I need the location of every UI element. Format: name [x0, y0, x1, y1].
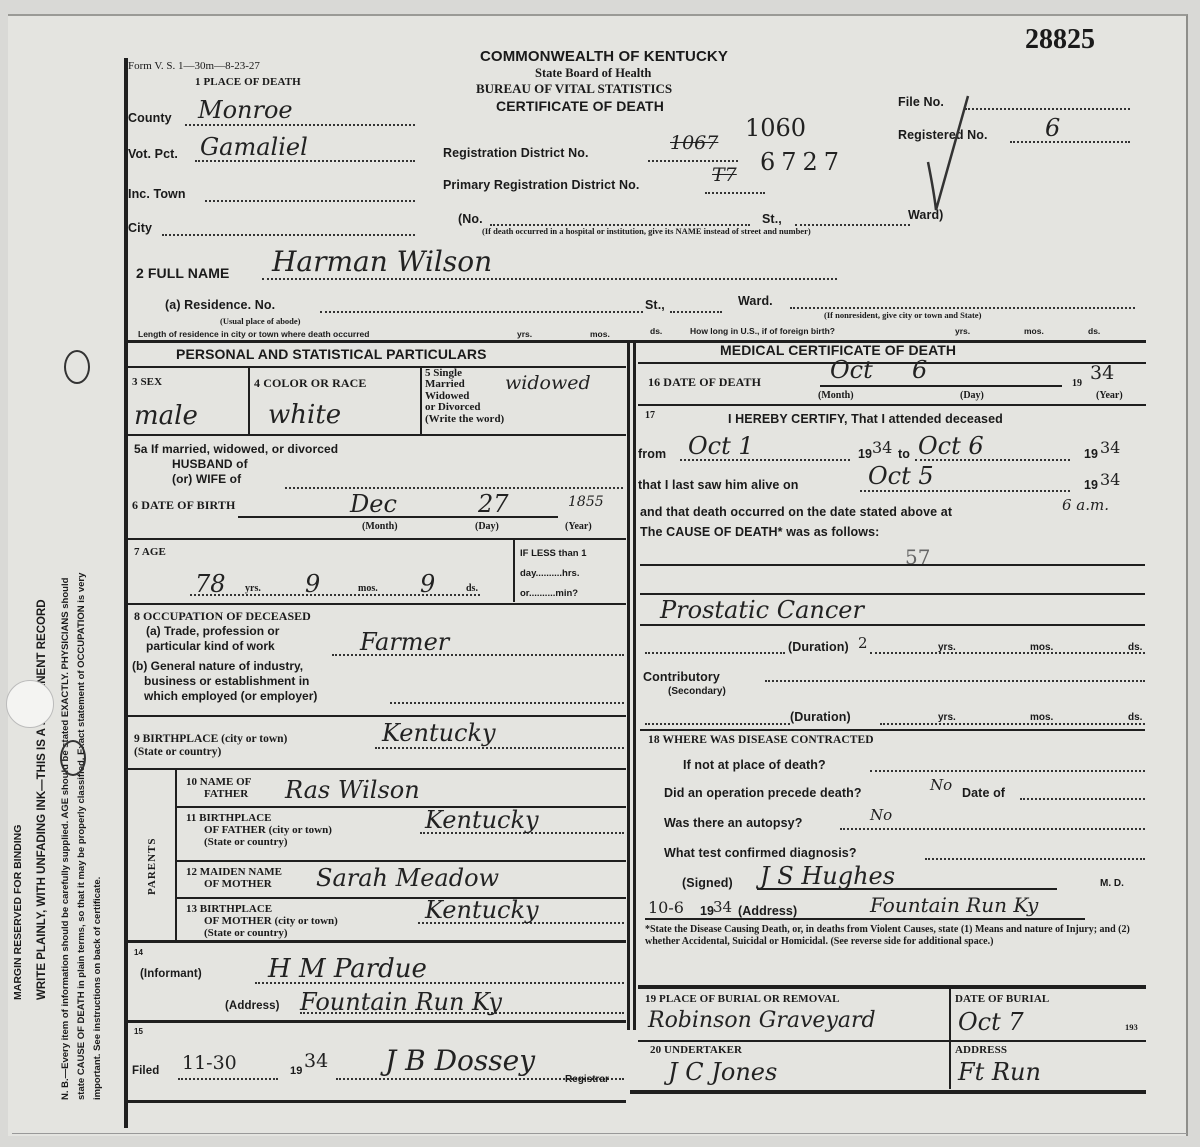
city-line: [162, 234, 415, 236]
last-saw-year-prefix: 19: [1084, 478, 1098, 492]
row-rule-3: [128, 603, 626, 605]
sign-date[interactable]: 10-6: [648, 898, 684, 917]
personal-section-title: PERSONAL AND STATISTICAL PARTICULARS: [176, 346, 487, 362]
to-label: to: [898, 447, 910, 461]
occurred-time[interactable]: 6 a.m.: [1062, 496, 1109, 514]
undertaker-value[interactable]: J C Jones: [668, 1058, 777, 1086]
hospital-note: (If death occurred in a hospital or inst…: [482, 226, 811, 236]
duration2-mos: mos.: [1030, 712, 1053, 723]
title-commonwealth: COMMONWEALTH OF KENTUCKY: [480, 48, 728, 65]
md-label: M. D.: [1100, 878, 1124, 889]
age-years[interactable]: 78: [195, 570, 226, 598]
age-ds-label: ds.: [466, 583, 478, 594]
usual-abode-note: (Usual place of abode): [220, 316, 301, 326]
margin-note-3: important. See instructions on back of c…: [92, 877, 103, 1100]
residence-label: (a) Residence. No.: [165, 298, 275, 312]
to-year[interactable]: 34: [1100, 438, 1120, 457]
operation-label: Did an operation precede death?: [664, 786, 862, 800]
undertaker-address-label: ADDRESS: [955, 1044, 1007, 1056]
registered-no-value[interactable]: 6: [1045, 114, 1060, 142]
item18-label: 18 WHERE WAS DISEASE CONTRACTED: [648, 734, 874, 746]
sign-address-value[interactable]: Fountain Run Ky: [870, 893, 1038, 917]
reg-district-struck-value: 1067: [670, 132, 718, 154]
informant-label: (Informant): [140, 968, 202, 980]
parents-divider: [175, 770, 177, 940]
row-rule-7: [128, 1020, 626, 1023]
spouse-line: [285, 487, 623, 489]
county-value[interactable]: Monroe: [198, 96, 293, 124]
occurred-label: and that death occurred on the date stat…: [640, 505, 952, 519]
foreign-mos: mos.: [1024, 326, 1044, 336]
father-birthplace-value[interactable]: Kentucky: [425, 806, 539, 834]
cause-line-2: [640, 593, 1145, 595]
medical-rule-3: [638, 985, 1146, 989]
burial-rule: [638, 1040, 1146, 1042]
ward-line: [795, 224, 910, 226]
length-yrs: yrs.: [517, 329, 532, 339]
county-label: County: [128, 111, 172, 125]
length-ds: ds.: [650, 326, 662, 336]
birthplace-line: [375, 747, 624, 749]
dod-month-caption: (Month): [818, 390, 854, 401]
cause-line-3: [640, 624, 1145, 626]
reg-district-value[interactable]: 1060: [745, 114, 806, 142]
binding-hole-ring-upper: [64, 350, 90, 384]
duration2-pre-line: [645, 723, 790, 725]
contributory-label: Contributory: [643, 670, 720, 684]
dob-day-caption: (Day): [475, 521, 499, 532]
less-than-label: IF LESS than 1 day..........hrs. or.....…: [520, 544, 587, 604]
divider-center-b: [633, 340, 636, 1030]
bottom-rule: [630, 1090, 1146, 1094]
residence-ward-value-line: [790, 307, 1135, 309]
duration-pre-line: [645, 652, 785, 654]
registrar-label: Registrar: [565, 1074, 609, 1085]
medical-title-rule: [638, 362, 1146, 364]
row-rule-1: [128, 434, 626, 436]
row-rule-8: [128, 1100, 626, 1103]
last-saw-year[interactable]: 34: [1100, 470, 1120, 489]
title-board: State Board of Health: [535, 66, 651, 81]
sex-label: 3 SEX: [132, 376, 162, 388]
county-line: [185, 124, 415, 126]
street-no-label: (No.: [458, 212, 483, 226]
primary-reg-label: Primary Registration District No.: [443, 178, 639, 192]
duration-value[interactable]: 2: [858, 634, 868, 652]
margin-note-permanent: WRITE PLAINLY, WITH UNFADING INK—THIS IS…: [36, 599, 48, 1000]
last-saw-line: [860, 490, 1070, 492]
frame-left: [124, 58, 128, 1128]
not-place-label: If not at place of death?: [683, 758, 826, 772]
inc-town-label: Inc. Town: [128, 187, 186, 201]
age-days[interactable]: 9: [420, 570, 435, 598]
cause-line-1: [640, 564, 1145, 566]
full-name-line: [262, 278, 837, 280]
dob-month[interactable]: Dec: [350, 490, 397, 518]
dod-label: 16 DATE OF DEATH: [648, 375, 761, 390]
filed-date-line: [178, 1078, 278, 1080]
last-saw-date[interactable]: Oct 5: [868, 462, 934, 490]
length-mos: mos.: [590, 329, 610, 339]
birthplace-label: 9 BIRTHPLACE (city or town) (State or co…: [134, 733, 287, 759]
paper-bottom-edge: [12, 1133, 1187, 1134]
cause-label: The CAUSE OF DEATH* was as follows:: [640, 525, 879, 539]
dod-year-prefix: 19: [1072, 378, 1082, 389]
sign-year[interactable]: 34: [713, 898, 732, 916]
date-of-line: [1020, 798, 1145, 800]
row-rule-2: [128, 538, 626, 540]
foreign-ds: ds.: [1088, 326, 1100, 336]
margin-note-binding: MARGIN RESERVED FOR BINDING: [12, 825, 24, 1000]
parents-rule-3: [177, 897, 626, 899]
age-yrs-label: yrs.: [245, 583, 261, 594]
row-rule-6: [128, 940, 626, 943]
dob-year-caption: (Year): [565, 521, 592, 532]
parents-rule-2: [177, 860, 626, 862]
test-line: [925, 858, 1145, 860]
date-of-label: Date of: [962, 786, 1005, 800]
operation-value[interactable]: No: [930, 776, 952, 794]
sign-year-prefix: 19: [700, 904, 714, 918]
row-rule-5: [128, 768, 626, 770]
to-year-prefix: 19: [1084, 447, 1098, 461]
race-label: 4 COLOR OR RACE: [254, 376, 367, 391]
sex-race-divider: [248, 366, 250, 434]
margin-note-1: N. B.—Every item of information should b…: [60, 578, 71, 1100]
title-bureau: BUREAU OF VITAL STATISTICS: [476, 81, 672, 97]
from-year-prefix: 19: [858, 447, 872, 461]
father-birthplace-label: 11 BIRTHPLACE OF FATHER (city or town) (…: [186, 812, 332, 848]
check-mark-icon: [920, 92, 980, 212]
informant-number: 14: [134, 948, 143, 957]
medical-rule-1: [638, 404, 1146, 406]
certify-text: I HEREBY CERTIFY, That I attended deceas…: [728, 412, 1003, 426]
burial-year-prefix: 193: [1125, 1022, 1138, 1032]
age-label: 7 AGE: [134, 546, 166, 558]
dob-month-caption: (Month): [362, 521, 398, 532]
burial-date-label: DATE OF BURIAL: [955, 993, 1049, 1005]
duration2-line: [880, 723, 1145, 725]
occupation-label: 8 OCCUPATION OF DECEASED (a) Trade, prof…: [134, 609, 311, 654]
form-id: Form V. S. 1—30m—8-23-27: [128, 60, 260, 72]
cause-footnote: *State the Disease Causing Death, or, in…: [645, 924, 1145, 947]
marital-value[interactable]: widowed: [505, 372, 591, 394]
autopsy-value[interactable]: No: [870, 806, 892, 824]
foreign-birth-label: How long in U.S., if of foreign birth?: [690, 326, 835, 336]
occupation-value[interactable]: Farmer: [360, 628, 449, 656]
divider-center-a: [627, 340, 630, 1030]
document-title: CERTIFICATE OF DEATH: [496, 98, 664, 114]
duration-label: (Duration): [788, 640, 849, 654]
parents-rule-1: [177, 806, 626, 808]
from-year[interactable]: 34: [872, 438, 892, 457]
test-label: What test confirmed diagnosis?: [664, 846, 857, 860]
residence-line: [320, 311, 643, 313]
age-mos-label: mos.: [358, 583, 378, 594]
file-no-line: [965, 108, 1130, 110]
burial-place-label: 19 PLACE OF BURIAL OR REMOVAL: [645, 993, 840, 1005]
full-name-label: 2 FULL NAME: [136, 265, 229, 281]
filed-label: Filed: [132, 1065, 159, 1077]
inc-town-line: [205, 200, 415, 202]
reg-district-line: [648, 160, 738, 162]
duration-line: [870, 652, 1145, 654]
burial-divider: [949, 989, 951, 1089]
filed-year-prefix: 19: [290, 1065, 302, 1077]
medical-rule-2: [640, 729, 1145, 731]
certificate-number: 28825: [1025, 24, 1095, 56]
binding-hole-lower: [6, 680, 54, 728]
section-rule: [124, 340, 1146, 343]
duration2-label: (Duration): [790, 710, 851, 724]
burial-place-value[interactable]: Robinson Graveyard: [648, 1008, 876, 1033]
item-17-number: 17: [645, 410, 655, 421]
row-rule-4: [128, 715, 626, 717]
street-label: St.,: [762, 212, 782, 226]
undertaker-address-value[interactable]: Ft Run: [958, 1058, 1041, 1086]
marital-label: 5 Single Married Widowed or Divorced (Wr…: [425, 368, 504, 425]
dod-day[interactable]: 6: [912, 356, 927, 384]
margin-note-2: state CAUSE OF DEATH in plain terms, so …: [76, 573, 87, 1100]
age-line: [190, 594, 480, 596]
length-residence-label: Length of residence in city or town wher…: [138, 329, 369, 339]
race-marital-divider: [420, 366, 422, 434]
dob-label: 6 DATE OF BIRTH: [132, 498, 235, 513]
age-months[interactable]: 9: [305, 570, 320, 598]
mother-birthplace-label: 13 BIRTHPLACE OF MOTHER (city or town) (…: [186, 903, 338, 939]
nonresident-note: (If nonresident, give city or town and S…: [824, 310, 981, 320]
from-label: from: [638, 447, 666, 461]
dod-line: [820, 385, 1062, 387]
personal-title-rule: [128, 366, 626, 368]
foreign-yrs: yrs.: [955, 326, 970, 336]
age-divider: [513, 540, 515, 602]
autopsy-label: Was there an autopsy?: [664, 816, 802, 830]
spouse-label: 5a If married, widowed, or divorced HUSB…: [134, 442, 338, 487]
mother-birthplace-value[interactable]: Kentucky: [425, 896, 539, 924]
duration2-ds: ds.: [1128, 712, 1142, 723]
secondary-label: (Secondary): [668, 686, 726, 697]
vot-pct-label: Vot. Pct.: [128, 147, 178, 161]
primary-reg-struck-value: T7: [712, 164, 737, 186]
not-place-line: [870, 770, 1145, 772]
place-of-death-heading: 1 PLACE OF DEATH: [195, 76, 301, 88]
dob-line: [238, 516, 558, 518]
dod-year[interactable]: 34: [1090, 362, 1114, 384]
mother-name-label: 12 MAIDEN NAME OF MOTHER: [186, 866, 282, 890]
sign-address-label: (Address): [738, 904, 797, 918]
signed-label: (Signed): [682, 876, 733, 890]
father-name-value[interactable]: Ras Wilson: [285, 776, 420, 804]
registered-no-line: [1010, 141, 1130, 143]
industry-line: [390, 702, 624, 704]
informant-address-label: (Address): [225, 1000, 280, 1012]
registrar-signature: J B Dossey: [385, 1044, 535, 1077]
birthplace-value[interactable]: Kentucky: [382, 719, 496, 747]
burial-date-value[interactable]: Oct 7: [958, 1008, 1024, 1036]
from-date[interactable]: Oct 1: [688, 432, 754, 460]
residence-st-label: St.,: [645, 298, 665, 312]
parents-side-label: PARENTS: [146, 837, 158, 895]
dob-year[interactable]: 1855: [568, 494, 604, 510]
reg-district-label: Registration District No.: [443, 146, 589, 160]
last-saw-label: that I last saw him alive on: [638, 478, 798, 492]
dod-day-caption: (Day): [960, 390, 984, 401]
sign-date-line: [645, 918, 1085, 920]
full-name-value[interactable]: Harman Wilson: [272, 245, 492, 278]
informant-address-value[interactable]: Fountain Run Ky: [300, 988, 502, 1016]
undertaker-label: 20 UNDERTAKER: [650, 1044, 742, 1056]
to-date[interactable]: Oct 6: [918, 432, 984, 460]
filing-number: 15: [134, 1027, 143, 1036]
contributory-line: [765, 680, 1145, 682]
binding-hole-ring-lower: [60, 740, 86, 776]
signed-value: J S Hughes: [760, 862, 895, 890]
dod-month[interactable]: Oct: [830, 356, 873, 384]
father-name-label: 10 NAME OF FATHER: [186, 776, 251, 800]
filed-date[interactable]: 11-30: [182, 1052, 237, 1074]
vot-pct-value[interactable]: Gamaliel: [200, 133, 308, 161]
dod-year-caption: (Year): [1096, 390, 1123, 401]
industry-label: (b) General nature of industry, business…: [132, 659, 317, 704]
duration2-yrs: yrs.: [938, 712, 956, 723]
mother-name-value[interactable]: Sarah Meadow: [316, 864, 499, 892]
residence-ward-label: Ward.: [738, 294, 773, 308]
sex-value[interactable]: male: [134, 401, 198, 431]
race-value[interactable]: white: [268, 400, 341, 430]
dob-day[interactable]: 27: [478, 490, 509, 518]
cause-value[interactable]: Prostatic Cancer: [660, 596, 864, 624]
primary-reg-line: [705, 192, 765, 194]
residence-ward-line: [670, 311, 722, 313]
primary-reg-value[interactable]: 6727: [760, 148, 845, 176]
filed-year[interactable]: 34: [304, 1050, 328, 1072]
autopsy-line: [840, 828, 1145, 830]
informant-value[interactable]: H M Pardue: [268, 954, 427, 984]
city-label: City: [128, 221, 152, 235]
